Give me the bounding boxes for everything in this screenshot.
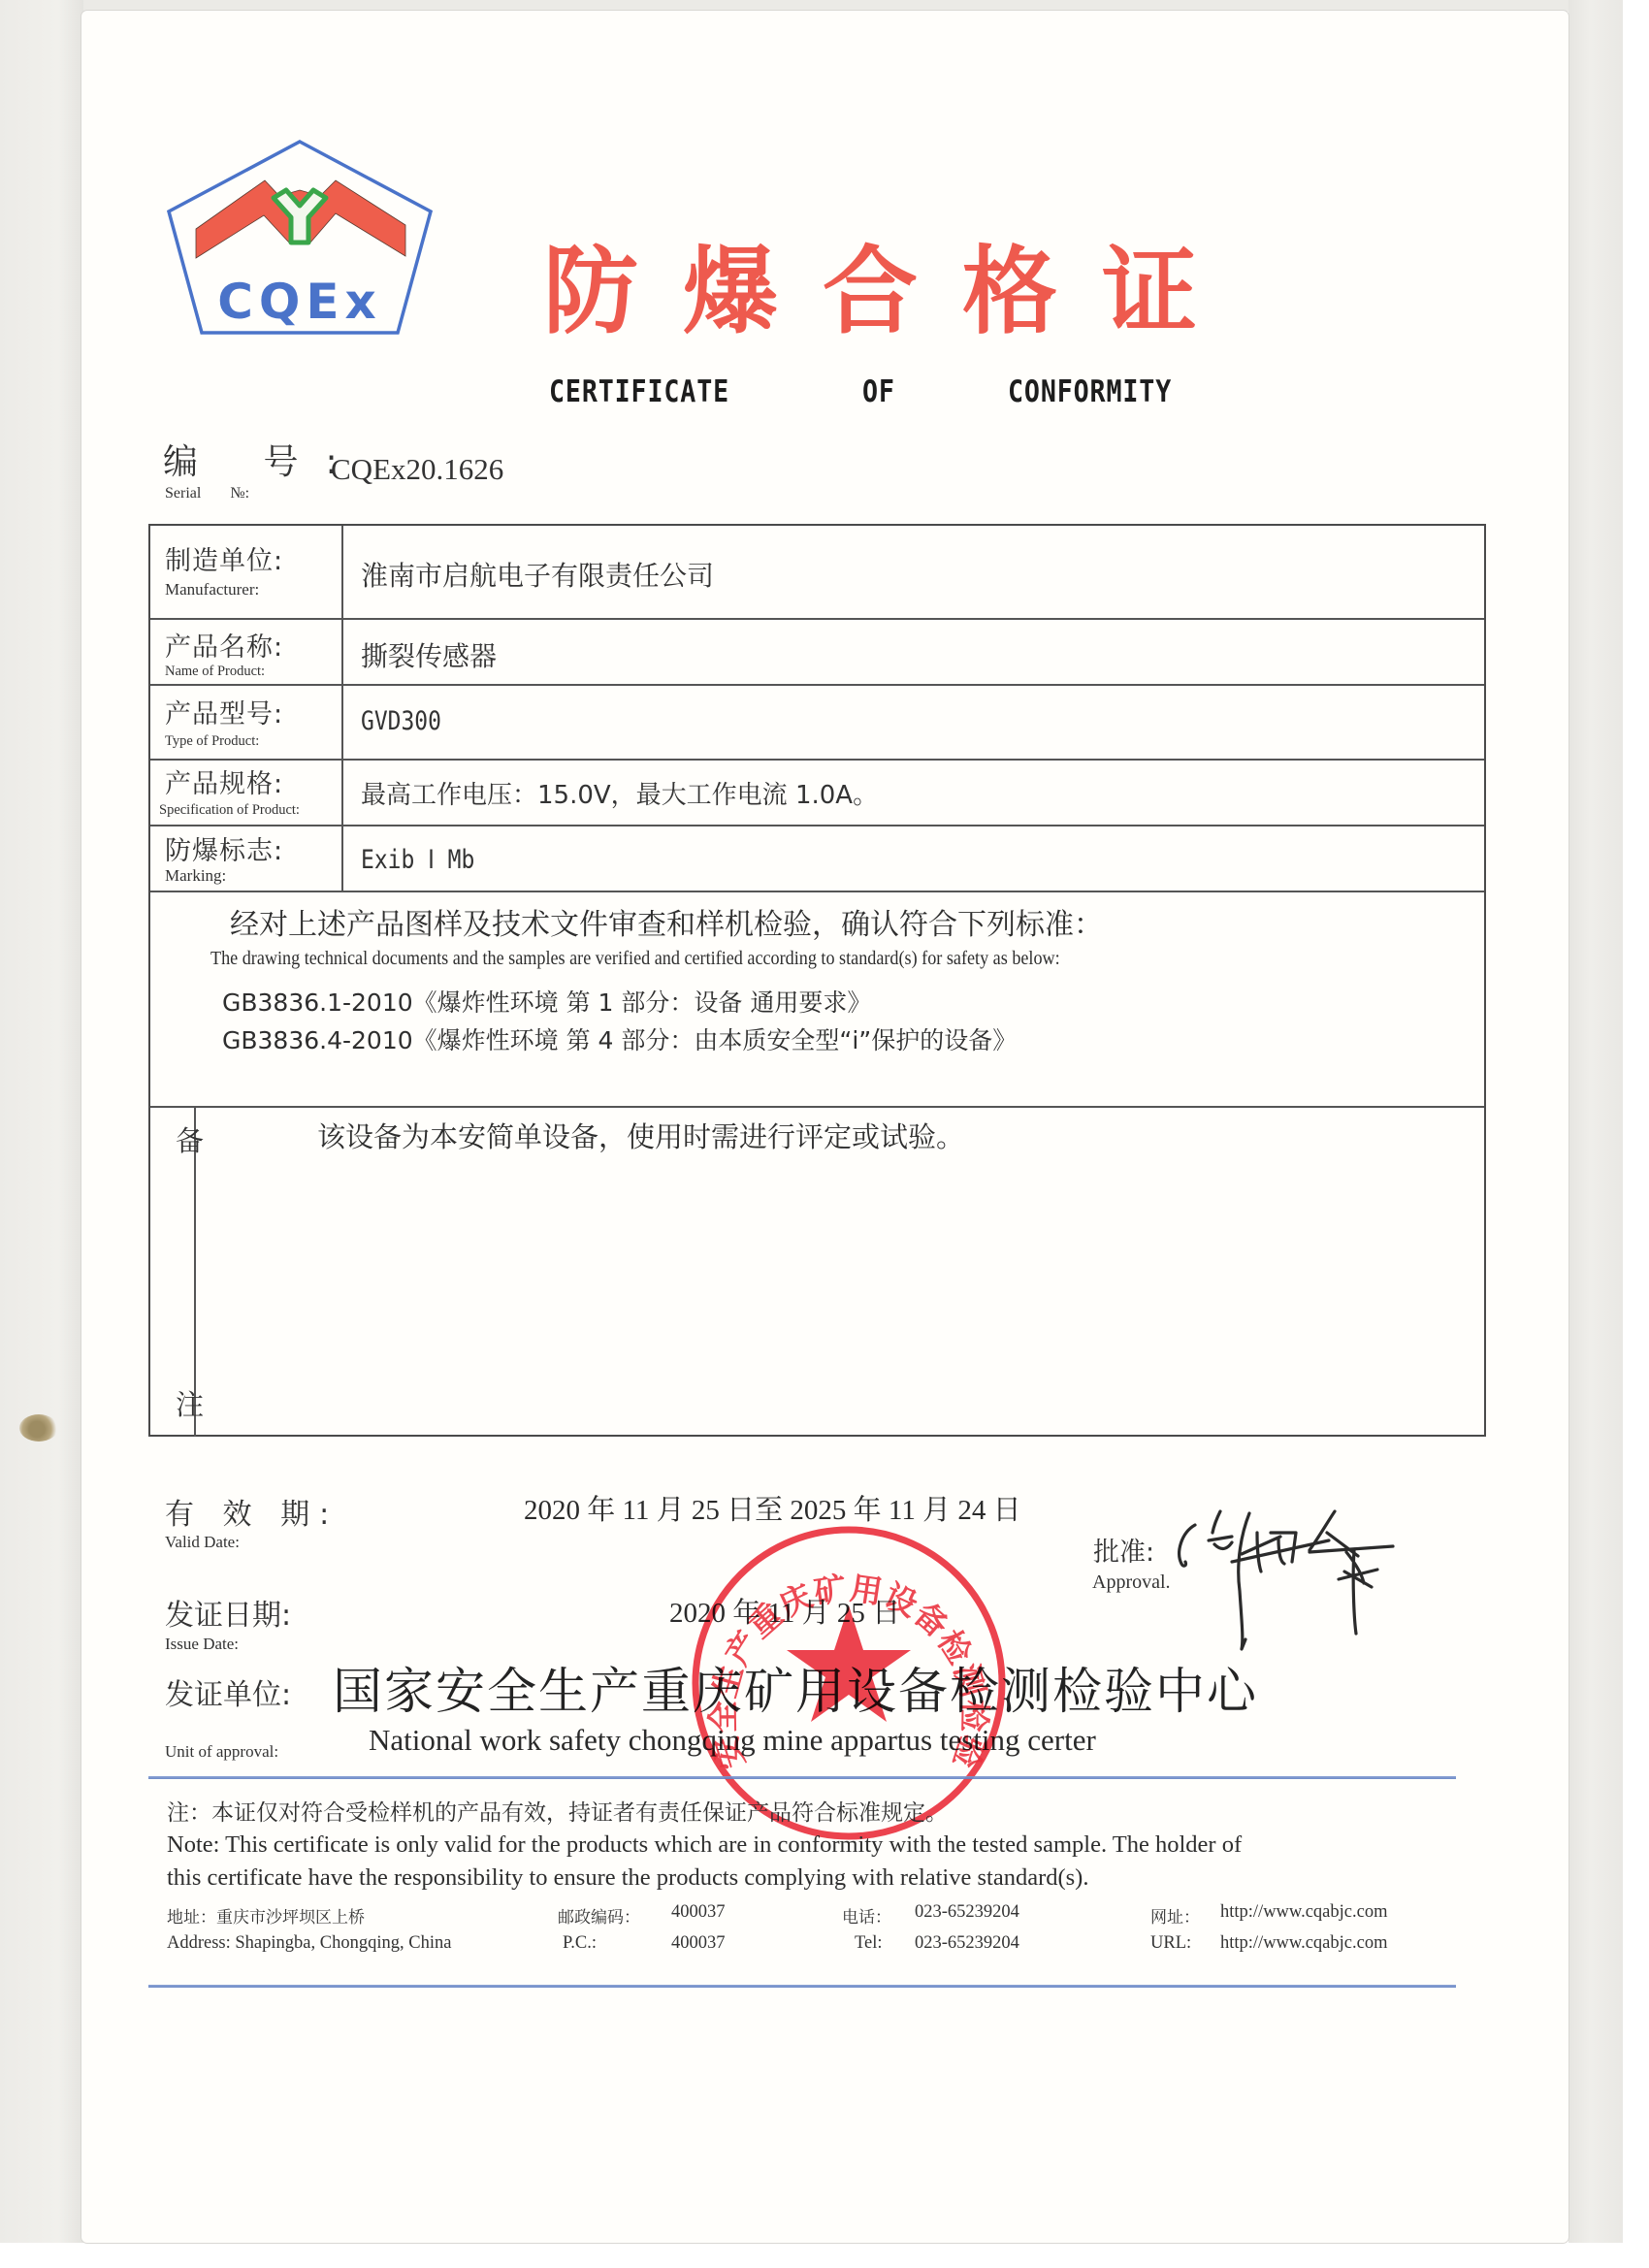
- label-en: Manufacturer:: [165, 580, 259, 599]
- manufacturer-value: 淮南市启航电子有限责任公司: [361, 555, 714, 594]
- url-label-cn: 网址：: [1150, 1903, 1200, 1928]
- label-cn: 防爆标志:: [165, 829, 283, 867]
- product-name-value: 撕裂传感器: [361, 635, 497, 674]
- cqex-logo-icon: CQEx: [163, 138, 436, 338]
- serial-label-en: Serial№:: [165, 485, 249, 502]
- footer-note-en-line2: this certificate have the responsibility…: [167, 1864, 1088, 1892]
- label-en: Type of Product:: [165, 733, 259, 750]
- tel-label-en: Tel:: [855, 1933, 883, 1954]
- standard-item: GB3836.4-2010《爆炸性环境 第 4 部分：由本质安全型“i”保护的设…: [222, 1021, 1017, 1056]
- scan-border-right: [1568, 0, 1623, 2243]
- postcode-cn: 400037: [671, 1902, 726, 1923]
- tel-cn: 023-65239204: [915, 1902, 1019, 1923]
- label-cn: 制造单位:: [165, 539, 283, 577]
- url-en[interactable]: http://www.cqabjc.com: [1220, 1933, 1387, 1954]
- url-cn[interactable]: http://www.cqabjc.com: [1220, 1902, 1387, 1923]
- label-cn: 产品型号:: [165, 693, 283, 730]
- remarks-text: 该设备为本安简单设备，使用时需进行评定或试验。: [317, 1116, 964, 1155]
- issue-date-label-en: Issue Date:: [165, 1635, 239, 1654]
- serial-label-no: №:: [230, 485, 249, 502]
- standards-intro-cn: 经对上述产品图样及技术文件审查和样机检验，确认符合下列标准：: [230, 900, 1103, 943]
- scan-border-left: [0, 0, 83, 2243]
- address-en: Address: Shapingba, Chongqing, China: [167, 1933, 451, 1954]
- standard-item: GB3836.1-2010《爆炸性环境 第 1 部分：设备 通用要求》: [222, 984, 871, 1019]
- certificate-table: 制造单位: Manufacturer: 淮南市启航电子有限责任公司 产品名称: …: [148, 524, 1486, 1437]
- url-label-en: URL:: [1150, 1933, 1191, 1954]
- approval-label-cn: 批准:: [1093, 1531, 1154, 1569]
- postcode-en: 400037: [671, 1933, 726, 1954]
- label-en: Name of Product:: [165, 664, 265, 680]
- remarks-label-top: 备: [176, 1119, 204, 1159]
- specification-value: 最高工作电压：15.0V，最大工作电流 1.0A。: [361, 775, 878, 811]
- svg-text:CQEx: CQEx: [217, 274, 382, 330]
- address-cn: 地址：重庆市沙坪坝区上桥: [167, 1903, 365, 1928]
- label-cn: 产品名称:: [165, 626, 283, 664]
- tel-en: 023-65239204: [915, 1933, 1019, 1954]
- footer-divider-bottom: [148, 1985, 1456, 1988]
- label-en: Marking:: [165, 866, 226, 886]
- certificate-title-en-3: CONFORMITY: [1008, 374, 1172, 409]
- issuer-label-cn: 发证单位:: [165, 1670, 291, 1713]
- footer-note-cn: 注：本证仅对符合受检样机的产品有效，持证者有责任保证产品符合标准规定。: [167, 1795, 948, 1827]
- footer-divider-top: [148, 1776, 1456, 1779]
- marking-value: Exib Ⅰ Mb: [361, 845, 474, 875]
- postcode-label-cn: 邮政编码：: [558, 1903, 640, 1928]
- issue-date-label-cn: 发证日期:: [165, 1591, 291, 1634]
- label-cn: 产品规格:: [165, 762, 283, 800]
- footer-note-en-line1: Note: This certificate is only valid for…: [167, 1831, 1242, 1859]
- approval-label-en: Approval.: [1092, 1571, 1171, 1594]
- tel-label-cn: 电话：: [842, 1903, 891, 1928]
- serial-number: CQEx20.1626: [331, 452, 503, 487]
- certificate-title-cn: 防爆合格证: [543, 239, 1261, 345]
- issuer-label-en: Unit of approval:: [165, 1742, 278, 1762]
- label-en: Specification of Product:: [159, 802, 300, 819]
- valid-date-label-cn: 有 效 期:: [165, 1490, 339, 1533]
- scan-blemish: [19, 1414, 58, 1442]
- serial-label-en-text: Serial: [165, 485, 201, 502]
- postcode-label-en: P.C.:: [563, 1933, 597, 1954]
- certificate-title-en-1: CERTIFICATE: [549, 374, 729, 409]
- certificate-title-en-2: OF: [862, 374, 895, 409]
- standards-intro-en: The drawing technical documents and the …: [210, 949, 1060, 970]
- product-type-value: GVD300: [361, 706, 441, 736]
- valid-date-label-en: Valid Date:: [165, 1533, 240, 1552]
- remarks-label-bottom: 注: [176, 1383, 204, 1423]
